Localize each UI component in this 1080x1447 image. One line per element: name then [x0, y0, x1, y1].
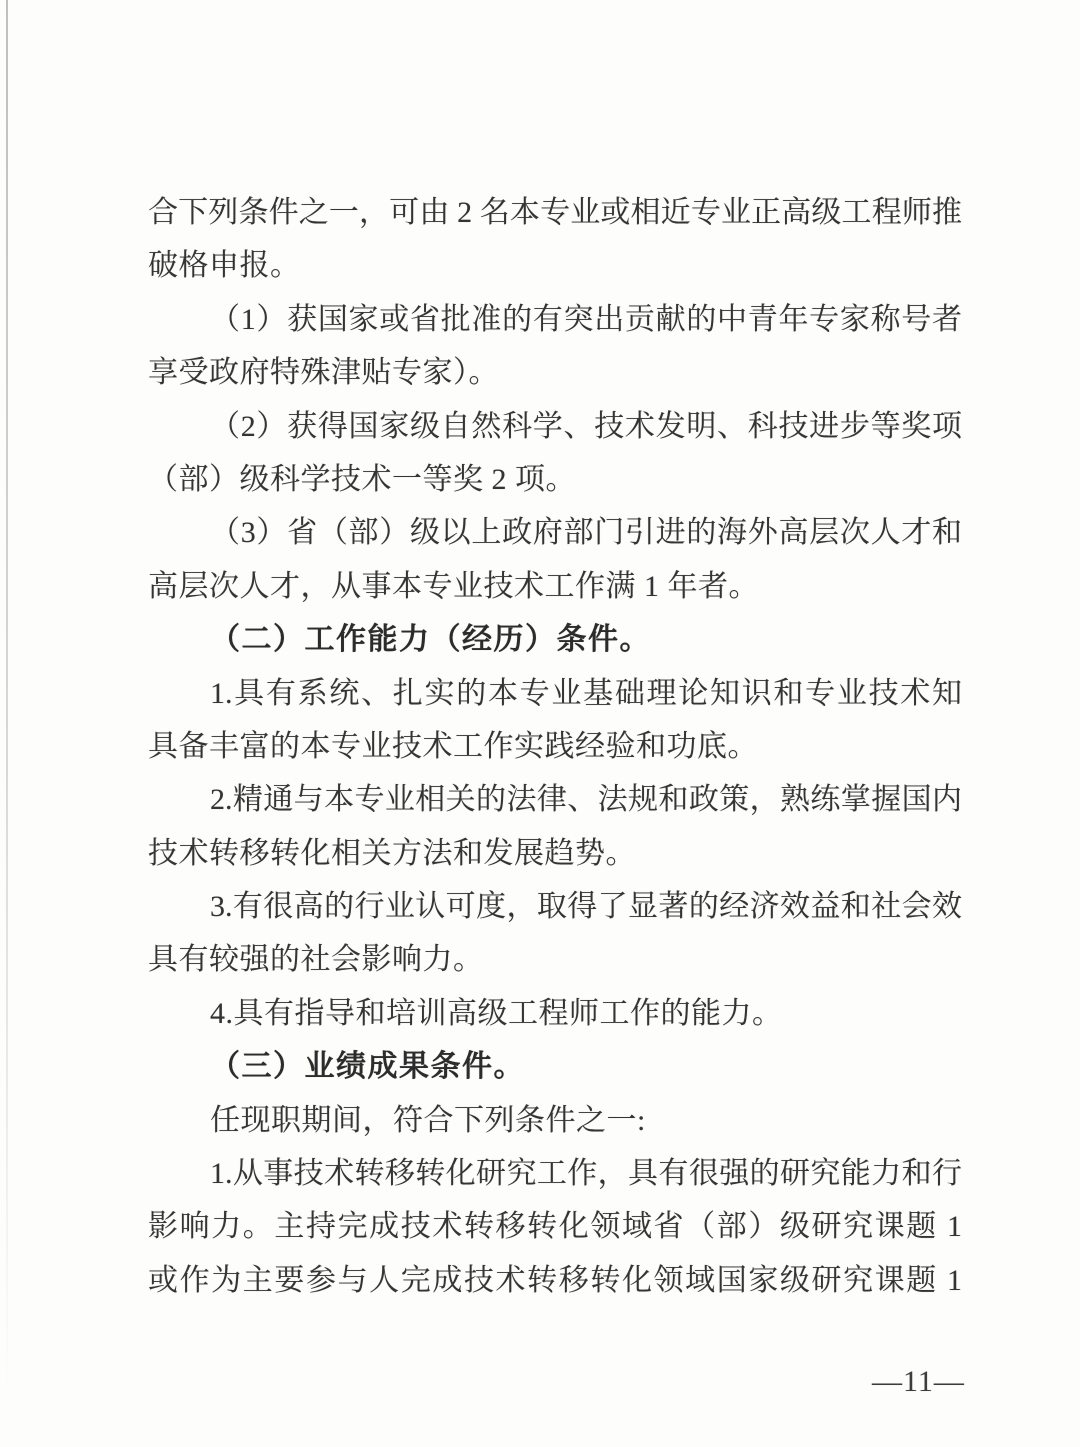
document-body: 合下列条件之一，可由 2 名本专业或相近专业正高级工程师推荐破格申报。（1）获国…: [148, 186, 962, 1307]
body-line: 4.具有指导和培训高级工程师工作的能力。: [148, 987, 962, 1040]
body-line: 合下列条件之一，可由 2 名本专业或相近专业正高级工程师推荐: [148, 186, 962, 239]
scan-edge-artifact: [6, 0, 8, 1390]
body-line: 2.精通与本专业相关的法律、法规和政策，熟练掌握国内外: [148, 773, 962, 826]
body-line: （3）省（部）级以上政府部门引进的海外高层次人才和国家: [148, 506, 962, 559]
body-line: 破格申报。: [148, 239, 962, 292]
body-line: 高层次人才，从事本专业技术工作满 1 年者。: [148, 560, 962, 613]
body-line: 享受政府特殊津贴专家）。: [148, 346, 962, 399]
body-line: 1.从事技术转移转化研究工作，具有很强的研究能力和行业: [148, 1147, 962, 1200]
body-line: （2）获得国家级自然科学、技术发明、科技进步等奖项或省: [148, 400, 962, 453]
body-line: 技术转移转化相关方法和发展趋势。: [148, 827, 962, 880]
body-line: 或作为主要参与人完成技术转移转化领域国家级研究课题 1 项;: [148, 1254, 962, 1307]
body-line: 具备丰富的本专业技术工作实践经验和功底。: [148, 720, 962, 773]
heading-work-ability: （二）工作能力（经历）条件。: [148, 613, 962, 666]
body-line: 3.有很高的行业认可度，取得了显著的经济效益和社会效益，: [148, 880, 962, 933]
body-line: （1）获国家或省批准的有突出贡献的中青年专家称号者（含: [148, 293, 962, 346]
body-line: 任现职期间，符合下列条件之一:: [148, 1094, 962, 1147]
heading-achievements: （三）业绩成果条件。: [148, 1040, 962, 1093]
page-number: —11—: [872, 1362, 965, 1402]
document-page: 合下列条件之一，可由 2 名本专业或相近专业正高级工程师推荐破格申报。（1）获国…: [0, 0, 1080, 1447]
body-line: 1.具有系统、扎实的本专业基础理论知识和专业技术知识，: [148, 667, 962, 720]
body-line: 具有较强的社会影响力。: [148, 933, 962, 986]
body-line: 影响力。主持完成技术转移转化领域省（部）级研究课题 1 项;: [148, 1200, 962, 1253]
body-line: （部）级科学技术一等奖 2 项。: [148, 453, 962, 506]
